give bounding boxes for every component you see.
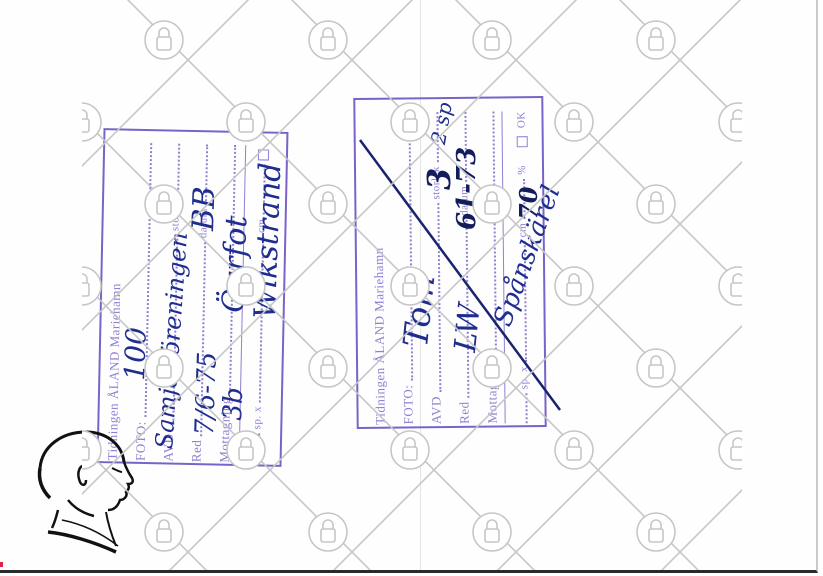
left-hand-foto: Wikstrand <box>248 162 288 319</box>
photo-back-card: Tidningen ÅLAND Mariehamn FOTO: AVD stor… <box>0 0 818 573</box>
left-hand-sp: 100 <box>118 327 153 382</box>
left-hand-storlek: 3b <box>218 387 249 421</box>
left-checkbox <box>258 149 269 160</box>
right-hand-avd: LW <box>448 302 488 354</box>
right-hand-percent: 70 <box>514 187 543 220</box>
right-hand-foto: Tom <box>396 273 443 350</box>
right-hand-datum: 61-73 <box>452 147 482 230</box>
left-red-label: Red <box>189 440 205 463</box>
right-ok-label: OK <box>515 111 527 128</box>
dotted-line <box>257 433 261 463</box>
left-stamp-header-row: Tidningen ÅLAND Mariehamn <box>105 142 128 460</box>
dotted-line <box>176 144 180 194</box>
left-storlek-label: storlek <box>169 198 182 232</box>
red-edge-mark <box>0 562 3 567</box>
left-sp-label: sp. x <box>251 406 263 430</box>
left-hand-avd: Övrfot <box>216 215 254 313</box>
left-hand-red: BB <box>186 186 223 231</box>
profile-portrait-icon <box>28 428 138 556</box>
